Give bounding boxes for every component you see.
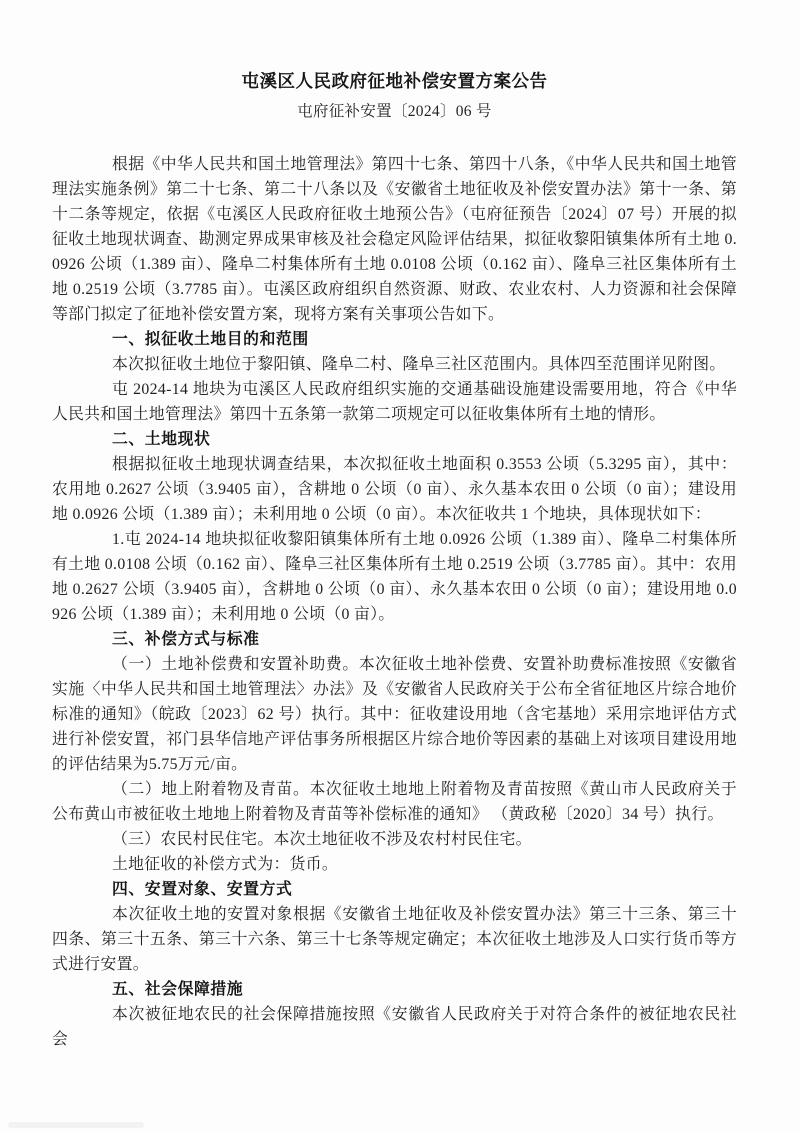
- section1-paragraph-1: 本次拟征收土地位于黎阳镇、隆阜二村、隆阜三社区范围内。具体四至范围详见附图。: [52, 352, 737, 377]
- document-number: 屯府征补安置〔2024〕06 号: [52, 100, 737, 124]
- document-title: 屯溪区人民政府征地补偿安置方案公告: [52, 68, 737, 94]
- document-body: 根据《中华人民共和国土地管理法》第四十七条、第四十八条，《中华人民共和国土地管理…: [52, 152, 737, 1052]
- intro-paragraph: 根据《中华人民共和国土地管理法》第四十七条、第四十八条，《中华人民共和国土地管理…: [52, 152, 737, 327]
- section1-heading: 一、拟征收土地目的和范围: [52, 327, 737, 352]
- section5-heading: 五、社会保障措施: [52, 977, 737, 1002]
- section4-heading: 四、安置对象、安置方式: [52, 877, 737, 902]
- section3-paragraph-2: （二）地上附着物及青苗。本次征收土地地上附着物及青苗按照《黄山市人民政府关于公布…: [52, 777, 737, 827]
- scanned-document-page: 屯溪区人民政府征地补偿安置方案公告 屯府征补安置〔2024〕06 号 根据《中华…: [0, 0, 800, 1131]
- document-content: 屯溪区人民政府征地补偿安置方案公告 屯府征补安置〔2024〕06 号 根据《中华…: [0, 0, 800, 1052]
- scanner-smudge-artifact: [8, 1122, 144, 1128]
- section3-paragraph-1: （一）土地补偿费和安置补助费。本次征收土地补偿费、安置补助费标准按照《安徽省实施…: [52, 652, 737, 777]
- section3-paragraph-4: 土地征收的补偿方式为：货币。: [52, 852, 737, 877]
- section4-paragraph-1: 本次征收土地的安置对象根据《安徽省土地征收及补偿安置办法》第三十三条、第三十四条…: [52, 902, 737, 977]
- section2-paragraph-2: 1.屯 2024-14 地块拟征收黎阳镇集体所有土地 0.0926 公顷（1.3…: [52, 527, 737, 627]
- section2-paragraph-1: 根据拟征收土地现状调查结果，本次拟征收土地面积 0.3553 公顷（5.3295…: [52, 452, 737, 527]
- section2-heading: 二、土地现状: [52, 427, 737, 452]
- section5-paragraph-1: 本次被征地农民的社会保障措施按照《安徽省人民政府关于对符合条件的被征地农民社会: [52, 1002, 737, 1052]
- section3-paragraph-3: （三）农民村民住宅。本次土地征收不涉及农村村民住宅。: [52, 827, 737, 852]
- section3-heading: 三、补偿方式与标准: [52, 627, 737, 652]
- section1-paragraph-2: 屯 2024-14 地块为屯溪区人民政府组织实施的交通基础设施建设需要用地，符合…: [52, 377, 737, 427]
